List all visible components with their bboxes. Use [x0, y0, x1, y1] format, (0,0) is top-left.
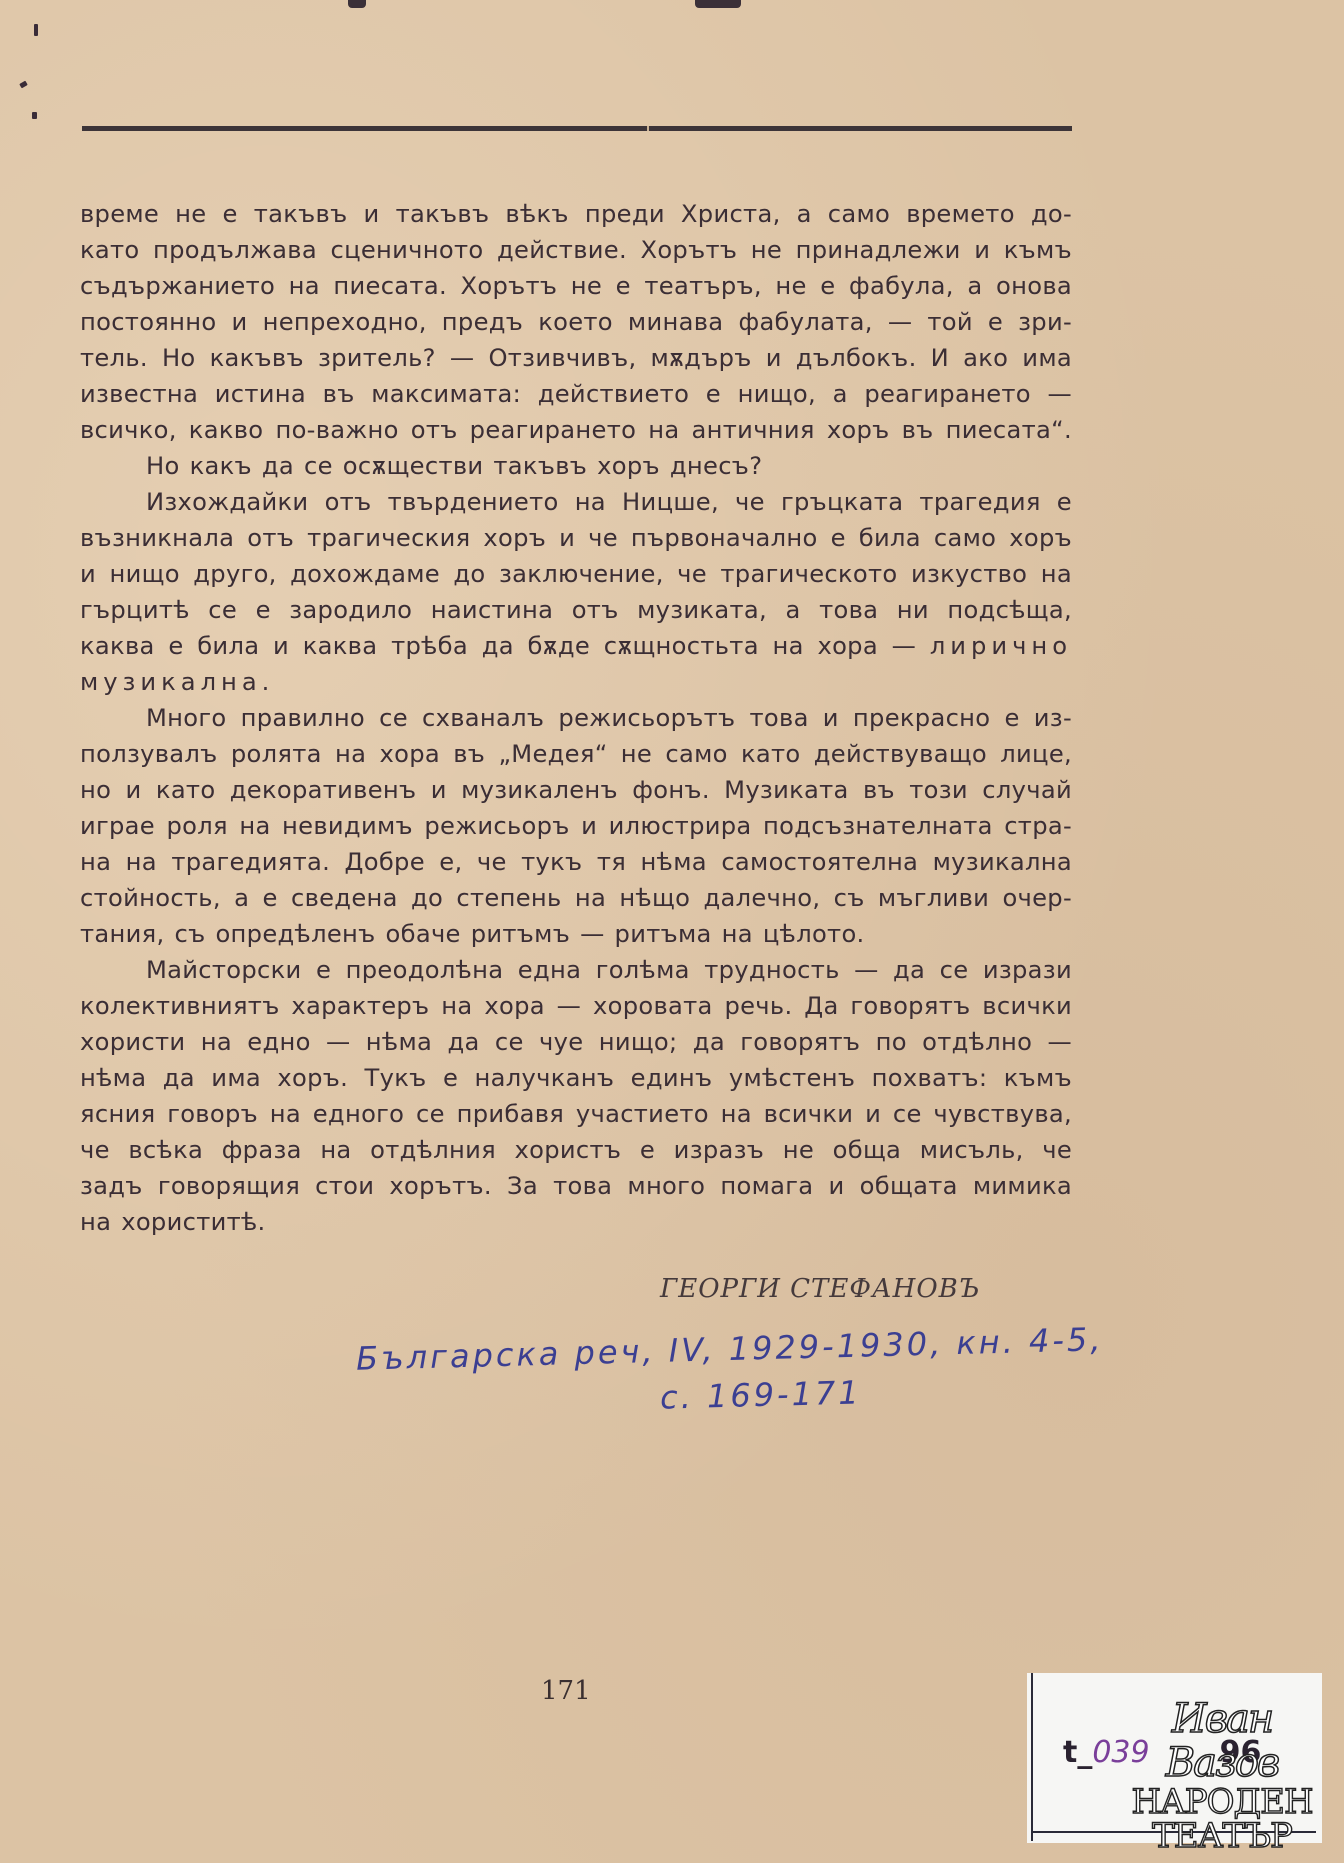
top-text-remnant [348, 0, 366, 8]
theatre-logo: Иван Вазов НАРОДЕН ТЕАТЪР [1127, 1697, 1317, 1853]
text-line: стойность, а е сведена до степень на нѣщ… [80, 880, 1072, 916]
page-number: 171 [541, 1676, 591, 1706]
margin-speck [34, 24, 38, 36]
top-text-remnant [695, 0, 741, 8]
text-line: ясния говоръ на едного се прибавя участи… [80, 1096, 1072, 1132]
header-rule [82, 126, 1072, 131]
text-line: играе роля на невидимъ режисьоръ и илюст… [80, 808, 1072, 844]
text-line: ползувалъ ролята на хора въ „Медея“ не с… [80, 736, 1072, 772]
text-line: на хориститѣ. [80, 1204, 1072, 1240]
logo-script: Иван Вазов [1127, 1697, 1317, 1785]
text-line: колективниятъ характеръ на хора — хорова… [80, 988, 1072, 1024]
spaced-emphasis: лирично [930, 632, 1072, 660]
margin-speck [32, 112, 37, 119]
text-line: тель. Но какъвъ зритель? — Отзивчивъ, мѫ… [80, 340, 1072, 376]
stamp-border-line [1031, 1673, 1033, 1841]
text-line: като продължава сценичното действие. Хор… [80, 232, 1072, 268]
handwritten-citation-line-2: с. 169-171 [660, 1373, 863, 1416]
margin-speck [19, 81, 28, 89]
text-line: нѣма да има хоръ. Тукъ е налучканъ единъ… [80, 1060, 1072, 1096]
handwritten-citation-line-1: Българска реч, IV, 1929-1930, кн. 4-5, [356, 1320, 1104, 1378]
text-line: и нищо друго, дохождаме до заключение, ч… [80, 556, 1072, 592]
logo-line-1: НАРОДЕН [1127, 1785, 1317, 1819]
text-line: възникнала отъ трагическия хоръ и че пър… [80, 520, 1072, 556]
text-line: време не е такъвъ и такъвъ вѣкъ преди Хр… [80, 196, 1072, 232]
text-line: съдържанието на пиесата. Хорътъ не е теа… [80, 268, 1072, 304]
logo-line-2: ТЕАТЪР [1127, 1819, 1317, 1853]
text-line: задъ говорящия стои хорътъ. За това мног… [80, 1168, 1072, 1204]
text-line: на на трагедията. Добре е, че тукъ тя нѣ… [80, 844, 1072, 880]
text-line: музикална. [80, 664, 1072, 700]
archive-stamp: t_03996 Иван Вазов НАРОДЕН ТЕАТЪР [1027, 1673, 1322, 1843]
text-line: Майсторски е преодолѣна една голѣма труд… [80, 952, 1072, 988]
text-line: че всѣка фраза на отдѣлния хористъ е изр… [80, 1132, 1072, 1168]
text-line: каква е била и каква трѣба да бѫде сѫщно… [80, 628, 1072, 664]
text-line: но и като декоративенъ и музикаленъ фонъ… [80, 772, 1072, 808]
text-line: гърцитѣ се е зародило наистина отъ музик… [80, 592, 1072, 628]
spaced-emphasis: музикална. [80, 668, 274, 696]
text-line: Но какъ да се осѫществи такъвъ хоръ днес… [80, 448, 1072, 484]
article-body: време не е такъвъ и такъвъ вѣкъ преди Хр… [80, 196, 1072, 1240]
text-line: всичко, какво по-важно отъ реагирането н… [80, 412, 1072, 448]
text-line: известна истина въ максимата: действието… [80, 376, 1072, 412]
text-line: Много правилно се схваналъ режисьорътъ т… [80, 700, 1072, 736]
inventory-prefix: t_ [1063, 1735, 1092, 1770]
text-line: тания, съ опредѣленъ обаче ритъмъ — ритъ… [80, 916, 1072, 952]
text-line: Изхождайки отъ твърдението на Ницше, че … [80, 484, 1072, 520]
author-signature: ГЕОРГИ СТЕФАНОВЪ [660, 1274, 980, 1304]
text-line: постоянно и непреходно, предъ което мина… [80, 304, 1072, 340]
text-line: хористи на едно — нѣма да се чуе нищо; д… [80, 1024, 1072, 1060]
